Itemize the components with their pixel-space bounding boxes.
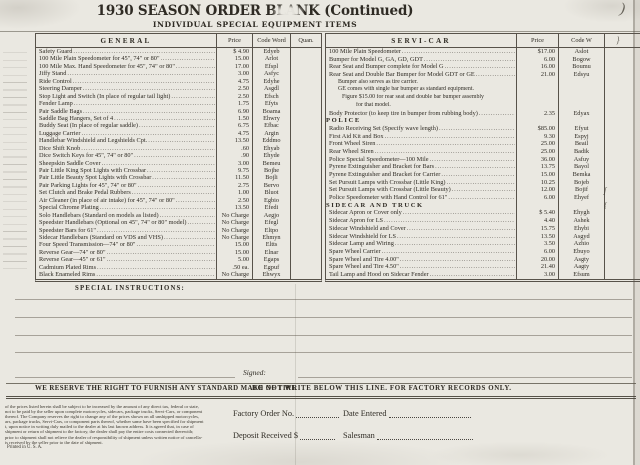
servi-car-table: SERVI-CAR Price Code W 100 Mile Plain Sp… (325, 33, 640, 282)
table-row: Reverse Gear—74" or 80" 15.00 Elnar (36, 249, 321, 256)
item-label: Speedster Handlebars (Optional on 45", 7… (39, 219, 186, 226)
code-word-cell: Beail (558, 140, 604, 148)
dot-leader (73, 48, 215, 55)
dot-leader (397, 233, 515, 241)
item-label: Handlebar Windshield and Legshields Cpt. (39, 137, 147, 144)
item-cell: Sidecar Lamp and Wiring (326, 240, 516, 248)
factory-records-notice: DO NOT WRITE BELOW THIS LINE. FOR FACTOR… (252, 385, 512, 392)
table-row: Special Chrome Plating 13.50 Efedi (36, 204, 321, 211)
quantity-cell (604, 110, 640, 118)
code-word-cell (558, 202, 604, 210)
price-cell: 20.00 (516, 256, 558, 264)
dot-leader (476, 71, 515, 79)
table-row: Sidecar Windshield for LS 13.50 Asgyd (326, 233, 640, 241)
dot-leader (81, 130, 215, 137)
deposit-received-field: Deposit Received $ (233, 430, 335, 440)
item-cell: Front Wheel Siren (326, 140, 516, 148)
dot-leader (400, 263, 515, 271)
item-cell: Set Pursuit Lamps with Crossbar (Little … (326, 179, 516, 187)
price-cell: .90 (216, 152, 252, 159)
price-cell: 4.40 (516, 217, 558, 225)
dot-leader (375, 148, 515, 156)
code-word-cell: Egaps (252, 256, 290, 263)
item-cell: Handlebar Windshield and Legshields Cpt. (36, 137, 216, 144)
item-cell: Pair Little King Spot Lights with Crossb… (36, 167, 216, 174)
item-label: Pair Little Beauty Spot Lights with Cros… (39, 174, 151, 181)
paper-damage-smudge (272, 4, 304, 19)
item-cell: Fender Lamp (36, 100, 216, 107)
item-label: Sidecar Handlebars (Standard on VDS and … (39, 234, 163, 241)
price-cell: 25.00 (516, 140, 558, 148)
item-cell: Pyrene Extinguisher and Bracket for Carr… (326, 171, 516, 179)
factory-order-blank (296, 408, 339, 418)
dot-leader (376, 140, 515, 148)
table-row: Cadmium Plated Rims .50 ea. Egpuf (36, 264, 321, 271)
price-cell: 13.75 (516, 163, 558, 171)
item-label: Spare Wheel and Tire 4.50" (329, 263, 399, 271)
dot-leader (147, 167, 215, 174)
item-cell: Rear Seat and Double Bar Bumper for Mode… (326, 71, 516, 79)
dot-leader (407, 225, 515, 233)
quantity-cell (290, 174, 321, 181)
code-word-cell: Edsyu (558, 71, 604, 79)
price-cell (516, 102, 558, 110)
item-cell: 100 Mile Plain Speedometer (326, 48, 516, 56)
code-word-cell: Ehybi (558, 225, 604, 233)
price-cell: No Charge (216, 212, 252, 219)
item-label: Jiffy Stand (39, 70, 66, 77)
ruled-line (15, 335, 632, 336)
table-row: Sidecar Handlebars (Standard on VDS and … (36, 234, 321, 241)
table-row: Ride Control 4.75 Edyhe (36, 78, 321, 85)
item-cell: SIDECAR AND TRUCK (326, 202, 516, 210)
item-label: 100 Mile Plain Speedometer (329, 48, 401, 56)
item-cell: Four Speed Transmission—74" or 80" (36, 241, 216, 248)
item-cell: First Aid Kit and Box (326, 133, 516, 141)
special-instructions-label: SPECIAL INSTRUCTIONS: (75, 285, 185, 292)
item-cell: Tail Lamp and Hood on Sidecar Fender (326, 271, 516, 279)
table-row: Sidecar Apron for LS 4.40 Ashek (326, 217, 640, 225)
item-cell: Dice Switch Keys for 45", 74" or 80" (36, 152, 216, 159)
item-cell: Saddle Bag Hangers, Set of 4 (36, 115, 216, 122)
table-row: Jiffy Stand 3.00 Asfyc (36, 70, 321, 77)
dot-leader (395, 240, 515, 248)
signature-line-left (15, 377, 235, 378)
item-cell: Cadmium Plated Rims (36, 264, 216, 271)
table-row: Bumper for Model G, GA, GD, GDT 6.00 Bog… (326, 56, 640, 64)
quantity-cell (604, 171, 640, 179)
code-word-cell: Aegjo (252, 212, 290, 219)
left-margin-ticks (3, 46, 27, 276)
quantity-cell (604, 233, 640, 241)
ruled-line (15, 299, 632, 300)
quantity-cell (604, 63, 640, 71)
code-word-cell: Eddmo (252, 137, 290, 144)
quantity-cell (290, 55, 321, 62)
quantity-cell (604, 86, 640, 94)
dot-leader (435, 163, 515, 171)
item-cell: Sidecar Handlebars (Standard on VDS and … (36, 234, 216, 241)
column-header-price: Price (516, 34, 558, 47)
dot-leader (73, 78, 215, 85)
code-word-cell: Edyhe (252, 78, 290, 85)
servi-car-table-header: SERVI-CAR Price Code W (326, 34, 640, 48)
quantity-cell (604, 194, 640, 202)
item-label: Sheepskin Saddle Cover (39, 160, 101, 167)
item-cell: Pair Parking Lights for 45", 74" or 80" (36, 182, 216, 189)
band-bottom-rule (6, 396, 636, 399)
table-row: Pair Little Beauty Spot Lights with Cros… (36, 174, 321, 181)
quantity-cell (290, 152, 321, 159)
quantity-cell (290, 167, 321, 174)
item-label: Spare Wheel and Tire 4.00" (329, 256, 399, 264)
price-cell (516, 86, 558, 94)
dot-leader (382, 248, 515, 256)
item-label: Luggage Carrier (39, 130, 80, 137)
dot-leader (176, 197, 215, 204)
table-row: SIDECAR AND TRUCK (326, 202, 640, 210)
item-label: Bumper for Model G, GA, GD, GDT (329, 56, 423, 64)
price-cell: 4.75 (216, 130, 252, 137)
item-cell: Set Clutch and Brake Pedal Rubbers (36, 189, 216, 196)
item-cell: Spare Wheel Carrier (326, 248, 516, 256)
dot-leader (430, 271, 515, 279)
fine-print: of the prices listed herein shall be sub… (5, 404, 233, 445)
item-cell: Pair Little Beauty Spot Lights with Cros… (36, 174, 216, 181)
price-cell: 3.00 (516, 271, 558, 279)
table-row: Tail Lamp and Hood on Sidecar Fender 3.0… (326, 271, 640, 279)
dot-leader (83, 108, 215, 115)
quantity-cell (604, 125, 640, 133)
item-label: Rear Seat and Double Bar Bumper for Mode… (329, 71, 475, 79)
quantity-cell (604, 248, 640, 256)
dot-leader (403, 209, 515, 217)
quantity-cell (290, 145, 321, 152)
dot-leader (96, 271, 215, 278)
price-cell: 36.00 (516, 156, 558, 164)
table-row: Sidecar Lamp and Wiring 3.50 Azhio (326, 240, 640, 248)
table-row: Speedster Bars for 61" No Charge Eltpo (36, 227, 321, 234)
page-title: 1930 SEASON ORDER BLANK (Continued) (30, 3, 480, 19)
table-row: Spare Wheel Carrier 6.00 Ebuyo (326, 248, 640, 256)
table-row: Body Protector (to keep tire in bumper f… (326, 110, 640, 118)
quantity-cell (604, 79, 640, 87)
item-cell: Bumper also serves as tire carrier. (326, 79, 516, 87)
item-label: GE comes with single bar bumper as stand… (338, 86, 474, 94)
code-word-cell: Asgty (558, 256, 604, 264)
table-row: First Aid Kit and Box 9.30 Espyj (326, 133, 640, 141)
code-word-cell: Efbac (252, 122, 290, 129)
code-word-cell: Bemka (558, 171, 604, 179)
price-cell: 2.75 (216, 182, 252, 189)
factory-order-label: Factory Order No. (233, 409, 294, 418)
code-word-cell (558, 79, 604, 87)
item-cell: Speedster Bars for 61" (36, 227, 216, 234)
quantity-cell (604, 71, 640, 79)
price-cell: No Charge (216, 271, 252, 278)
table-row: Pyrene Extinguisher and Bracket for Bars… (326, 163, 640, 171)
dot-leader (102, 160, 215, 167)
code-word-cell: Bemeu (252, 160, 290, 167)
table-row: Buddy Seat (In place of regular saddle) … (36, 122, 321, 129)
code-word-cell: Efegl (252, 219, 290, 226)
item-cell: Bumper for Model G, GA, GD, GDT (326, 56, 516, 64)
table-row: 100 Mile Plain Speedometer $17.00 Aslot (326, 48, 640, 56)
quantity-cell (290, 160, 321, 167)
item-cell: Luggage Carrier (36, 130, 216, 137)
item-label: Pair Little King Spot Lights with Crossb… (39, 167, 146, 174)
table-row: Pair Little King Spot Lights with Crossb… (36, 167, 321, 174)
item-label: Police Speedometer with Hand Control for… (329, 194, 447, 202)
dot-leader (385, 133, 515, 141)
price-cell: 2.50 (216, 93, 252, 100)
dot-leader (446, 179, 515, 187)
quantity-cell (290, 256, 321, 263)
quantity-cell (290, 130, 321, 137)
dot-leader (107, 249, 215, 256)
code-word-cell: Elnar (252, 249, 290, 256)
table-row: Speedster Handlebars (Optional on 45", 7… (36, 219, 321, 226)
salesman-blank (377, 430, 473, 440)
dot-leader (439, 125, 515, 133)
table-row: Sidecar Apron or Cover only $ 5.40 Ehygh (326, 209, 640, 217)
code-word-cell: Bervo (252, 182, 290, 189)
dot-leader (171, 93, 215, 100)
code-word-cell: Egpuf (252, 264, 290, 271)
quantity-cell (290, 108, 321, 115)
quantity-cell (290, 264, 321, 271)
price-cell: 15.00 (216, 249, 252, 256)
date-entered-field: Date Entered (343, 408, 471, 418)
item-cell: Special Chrome Plating (36, 204, 216, 211)
dot-leader (452, 186, 515, 194)
item-cell: Set Pursuit Lamps with Crossbar (Little … (326, 186, 516, 194)
factory-order-field: Factory Order No. (233, 408, 339, 418)
date-entered-label: Date Entered (343, 409, 387, 418)
quantity-cell (290, 189, 321, 196)
item-label: SIDECAR AND TRUCK (326, 202, 424, 210)
band-top-rule (6, 383, 636, 384)
signature-line (298, 377, 632, 378)
price-cell: 1.75 (216, 100, 252, 107)
code-word-cell: Ehygh (558, 209, 604, 217)
column-header-code-word: Code W (558, 34, 604, 47)
table-row: Solo Handlebars (Standard on models as l… (36, 212, 321, 219)
quantity-cell (604, 240, 640, 248)
price-cell: 6.75 (216, 122, 252, 129)
item-cell: Solo Handlebars (Standard on models as l… (36, 212, 216, 219)
general-table: GENERAL Price Code Word Quan. Safety Gua… (35, 33, 322, 282)
dot-leader (448, 194, 515, 202)
code-word-cell (558, 102, 604, 110)
code-word-cell: Ehyde (252, 152, 290, 159)
price-cell: 15.00 (216, 241, 252, 248)
code-word-cell: Ehmyn (252, 234, 290, 241)
price-cell: 25.00 (516, 148, 558, 156)
price-cell: 6.90 (216, 108, 252, 115)
item-label: POLICE (326, 117, 361, 125)
item-cell: Stop Light and Switch (In place of regul… (36, 93, 216, 100)
table-row: Front Wheel Siren 25.00 Beail (326, 140, 640, 148)
code-word-cell: Ehwry (252, 115, 290, 122)
quantity-cell (290, 70, 321, 77)
dot-leader (160, 212, 215, 219)
table-row: Stop Light and Switch (In place of regul… (36, 93, 321, 100)
dot-leader (424, 56, 515, 64)
table-row: Sheepskin Saddle Cover 3.00 Bemeu (36, 160, 321, 167)
price-cell: 10.25 (516, 179, 558, 187)
price-cell (516, 117, 558, 125)
item-label: Stop Light and Switch (In place of regul… (39, 93, 170, 100)
dot-leader (430, 156, 515, 164)
item-label: Fender Lamp (39, 100, 73, 107)
table-row: Set Clutch and Brake Pedal Rubbers 1.00 … (36, 189, 321, 196)
quantity-cell (604, 256, 640, 264)
dot-leader (138, 182, 215, 189)
dot-leader (100, 204, 215, 211)
item-cell: Reverse Gear—74" or 80" (36, 249, 216, 256)
quantity-cell (290, 204, 321, 211)
quantity-cell (604, 140, 640, 148)
dot-leader (139, 122, 215, 129)
price-cell: 21.00 (516, 71, 558, 79)
table-row: Radio Receiving Set (Specify wave length… (326, 125, 640, 133)
dot-leader (402, 48, 515, 56)
code-word-cell: Egbio (252, 197, 290, 204)
table-row: Spare Wheel and Tire 4.50" 21.40 Aagty (326, 263, 640, 271)
item-label: Rear Seat and Bumper complete for Model … (329, 63, 444, 71)
column-header-general: GENERAL (36, 34, 216, 47)
item-cell: GE comes with single bar bumper as stand… (326, 86, 516, 94)
general-table-body: Safety Guard $ 4.90 Edyeb 100 Mile Plain… (36, 48, 321, 279)
code-word-cell: Bluot (252, 189, 290, 196)
salesman-label: Salesman (343, 431, 375, 440)
item-cell: Dice Shift Knob (36, 145, 216, 152)
table-row: Pair Saddle Bags 6.90 Boama (36, 108, 321, 115)
price-cell: No Charge (216, 219, 252, 226)
item-label: Black Enameled Rims (39, 271, 95, 278)
item-cell: Police Speedometer with Hand Control for… (326, 194, 516, 202)
code-word-cell: Eltpo (252, 227, 290, 234)
table-row: 100 Mile Max. Hand Speedometer for 45", … (36, 63, 321, 70)
pen-mark: ʃ (604, 186, 606, 195)
quantity-cell (290, 122, 321, 129)
item-cell: Spare Wheel and Tire 4.50" (326, 263, 516, 271)
price-cell: 2.50 (216, 85, 252, 92)
item-label: Sidecar Lamp and Wiring (329, 240, 394, 248)
price-cell: .60 (216, 145, 252, 152)
table-row: 100 Mile Plain Speedometer for 45", 74" … (36, 55, 321, 62)
item-label: Air Cleaner (in place of air intake) for… (39, 197, 175, 204)
quantity-cell (604, 209, 640, 217)
table-row: Figure $15.00 for rear seat and double b… (326, 94, 640, 102)
item-label: Special Chrome Plating (39, 204, 99, 211)
quantity-cell (604, 263, 640, 271)
dot-leader (384, 217, 515, 225)
price-cell: $ 5.40 (516, 209, 558, 217)
signed-label: Signed: (243, 368, 266, 377)
dot-leader (132, 189, 215, 196)
item-cell: Black Enameled Rims (36, 271, 216, 278)
table-row: Fender Lamp 1.75 Efyts (36, 100, 321, 107)
price-cell: 6.00 (516, 56, 558, 64)
printed-note: Printed in U. S. A. (7, 445, 42, 450)
item-label: Sidecar Windshield and Cover (329, 225, 406, 233)
item-label: Dice Switch Keys for 45", 74" or 80" (39, 152, 133, 159)
dot-leader (152, 174, 215, 181)
item-label: Pair Parking Lights for 45", 74" or 80" (39, 182, 137, 189)
table-row: Pair Parking Lights for 45", 74" or 80" … (36, 182, 321, 189)
item-cell: Sidecar Apron or Cover only (326, 209, 516, 217)
price-cell: 16.00 (516, 63, 558, 71)
table-row: Rear Seat and Double Bar Bumper for Mode… (326, 71, 640, 79)
price-cell: 13.50 (216, 137, 252, 144)
item-cell: Ride Control (36, 78, 216, 85)
code-word-cell: Ebuyo (558, 248, 604, 256)
quantity-cell (604, 148, 640, 156)
item-cell: Sidecar Windshield for LS (326, 233, 516, 241)
item-label: Spare Wheel Carrier (329, 248, 381, 256)
item-label: Reverse Gear—74" or 80" (39, 249, 106, 256)
item-label: Bumper also serves as tire carrier. (338, 79, 418, 87)
code-word-cell: Ehwyx (252, 271, 290, 278)
general-table-header: GENERAL Price Code Word Quan. (36, 34, 321, 48)
item-label: Pyrene Extinguisher and Bracket for Bars (329, 163, 434, 171)
quantity-cell (290, 115, 321, 122)
table-row: Handlebar Windshield and Legshields Cpt.… (36, 137, 321, 144)
code-word-cell: Bojif (558, 186, 604, 194)
table-row: Dice Shift Knob .60 Ehyab (36, 145, 321, 152)
quantity-cell (604, 163, 640, 171)
quantity-cell (290, 227, 321, 234)
quantity-cell (604, 56, 640, 64)
code-word-cell (558, 117, 604, 125)
item-cell: Speedster Handlebars (Optional on 45", 7… (36, 219, 216, 226)
table-row: Pyrene Extinguisher and Bracket for Carr… (326, 171, 640, 179)
table-row: Saddle Bag Hangers, Set of 4 1.50 Ehwry (36, 115, 321, 122)
pen-mark: } (616, 35, 620, 45)
item-cell: Pair Saddle Bags (36, 108, 216, 115)
code-word-cell: Arlot (252, 55, 290, 62)
price-cell: 17.00 (216, 63, 252, 70)
table-row: Sidecar Windshield and Cover 15.75 Ehybi (326, 225, 640, 233)
table-row: GE comes with single bar bumper as stand… (326, 86, 640, 94)
item-label: Saddle Bag Hangers, Set of 4 (39, 115, 113, 122)
code-word-cell (558, 94, 604, 102)
ruled-line (15, 352, 632, 353)
table-row: Black Enameled Rims No Charge Ehwyx (36, 271, 321, 278)
price-cell: 1.50 (216, 115, 252, 122)
item-label: Front Wheel Siren (329, 140, 375, 148)
table-row: Police Speedometer with Hand Control for… (326, 194, 640, 202)
servi-car-table-body: 100 Mile Plain Speedometer $17.00 Aslot … (326, 48, 640, 279)
dot-leader (161, 55, 215, 62)
code-word-cell: Boumu (558, 63, 604, 71)
quantity-cell (290, 85, 321, 92)
code-word-cell: Edyeb (252, 48, 290, 55)
table-row: Reverse Gear—45" or 61" 5.00 Egaps (36, 256, 321, 263)
code-word-cell: Bojhe (252, 167, 290, 174)
item-label: Pyrene Extinguisher and Bracket for Carr… (329, 171, 440, 179)
item-label: Tail Lamp and Hood on Sidecar Fender (329, 271, 429, 279)
column-header-quan-cut (604, 34, 640, 47)
code-word-cell: Aagty (558, 263, 604, 271)
dot-leader (134, 152, 215, 159)
salesman-field: Salesman (343, 430, 473, 440)
item-label: Sidecar Apron for LS (329, 217, 383, 225)
code-word-cell: Azhio (558, 240, 604, 248)
quantity-cell (604, 271, 640, 279)
